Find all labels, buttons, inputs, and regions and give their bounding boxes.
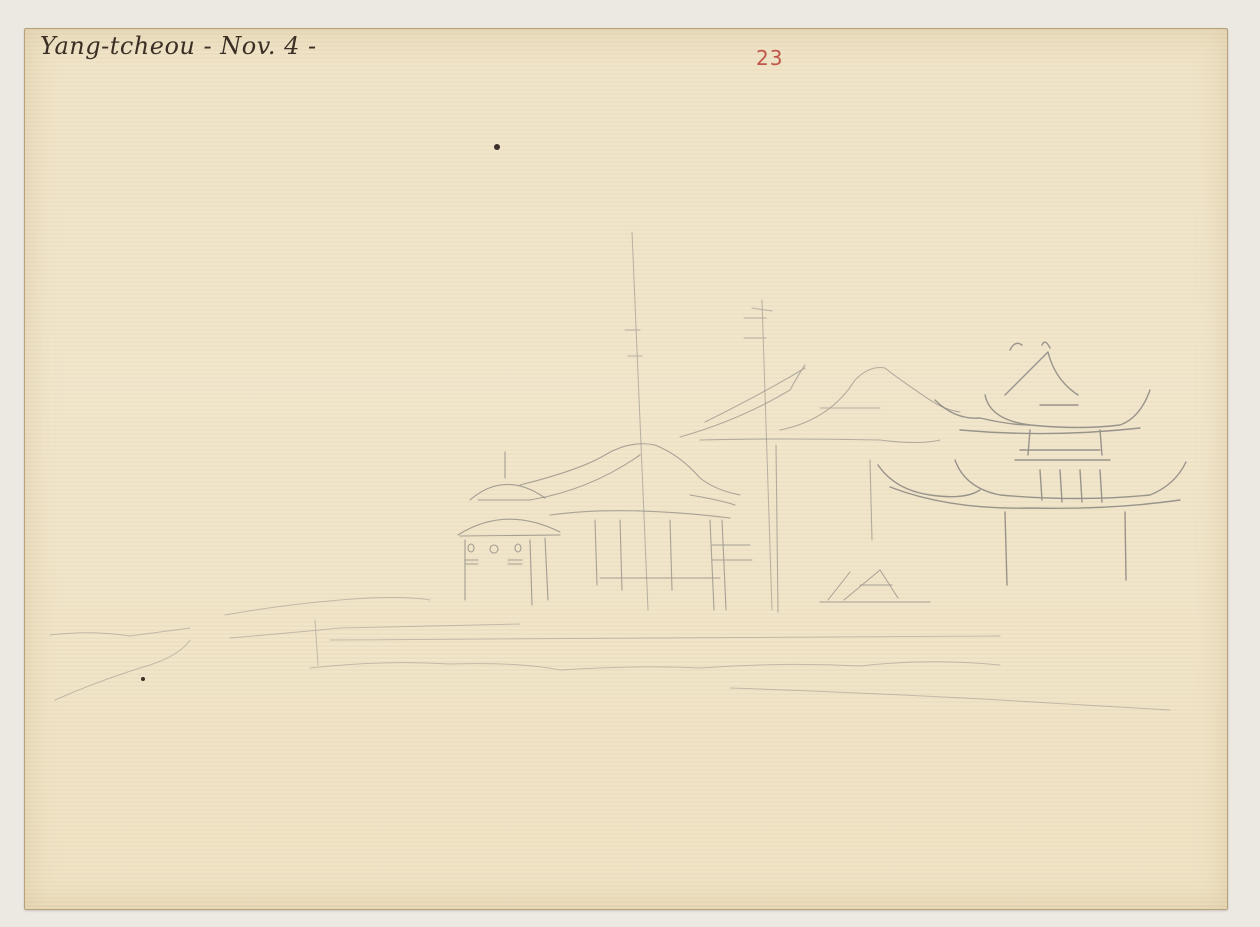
tent [820, 570, 930, 602]
pagoda [878, 342, 1186, 585]
middle-hall [520, 444, 752, 610]
ink-spot [494, 144, 500, 150]
large-back-roof [680, 365, 960, 612]
pencil-sketch [0, 0, 1260, 927]
ship-masts [625, 232, 772, 610]
shoreline [50, 598, 1170, 711]
small-pavilion [458, 452, 560, 605]
